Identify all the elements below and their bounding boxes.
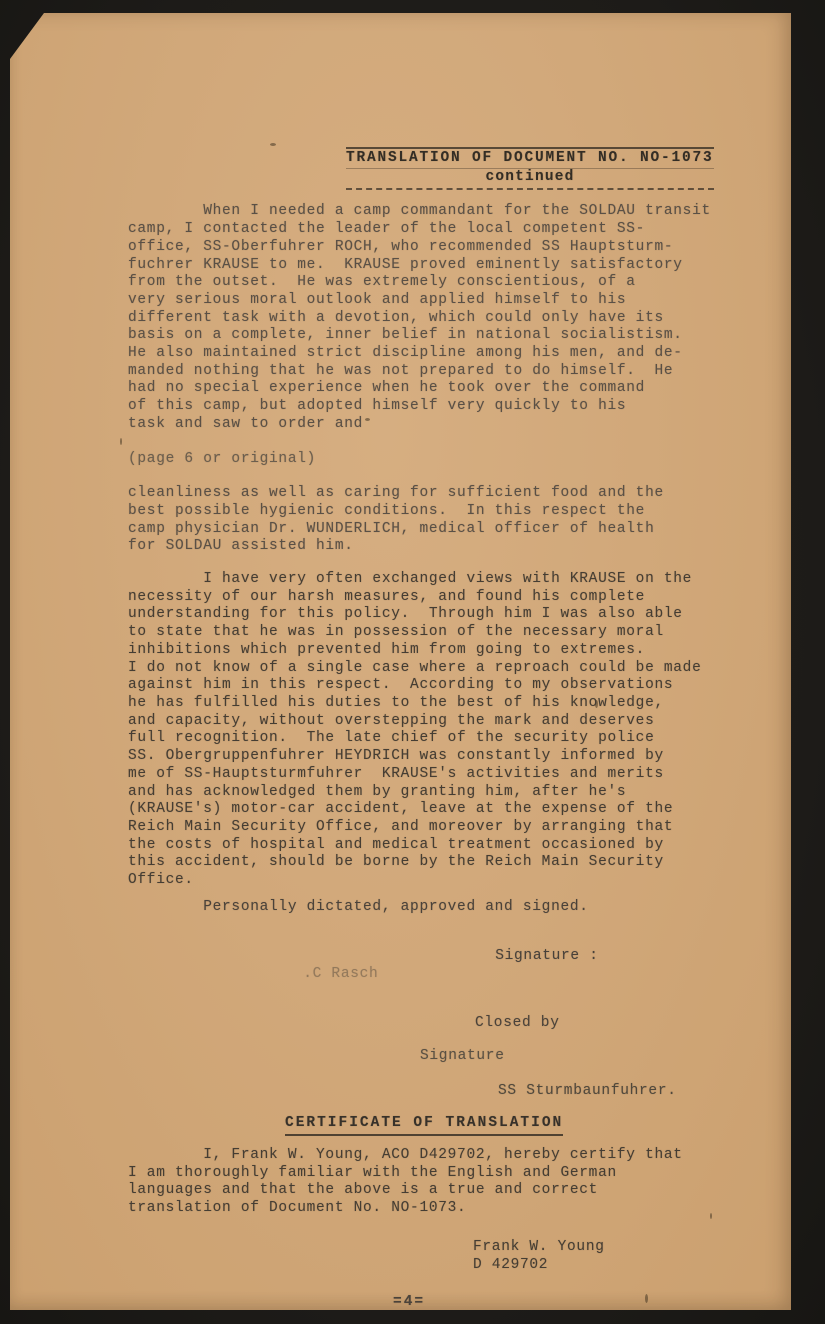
- signature-label: Signature :: [495, 948, 598, 966]
- page-note: (page 6 or original): [128, 451, 748, 469]
- document-title: TRANSLATION OF DOCUMENT NO. NO-1073: [346, 150, 714, 169]
- translator-name: Frank W. Young: [473, 1239, 748, 1257]
- document-page: TRANSLATION OF DOCUMENT NO. NO-1073 cont…: [10, 13, 791, 1310]
- document-header: TRANSLATION OF DOCUMENT NO. NO-1073 cont…: [346, 147, 714, 190]
- signature-name: .C Rasch: [303, 966, 378, 984]
- paragraph: I have very often exchanged views with K…: [128, 571, 748, 890]
- certificate-heading: CERTIFICATE OF TRANSLATION: [285, 1115, 563, 1136]
- rank-line: SS Sturmbaunfuhrer.: [498, 1083, 748, 1101]
- page-number: =4=: [393, 1294, 748, 1312]
- closing-statement: Personally dictated, approved and signed…: [128, 899, 748, 917]
- scan-background: TRANSLATION OF DOCUMENT NO. NO-1073 cont…: [0, 0, 825, 1324]
- certificate-body: I, Frank W. Young, ACO D429702, hereby c…: [128, 1147, 748, 1218]
- paragraph: When I needed a camp commandant for the …: [128, 203, 748, 433]
- document-text-column: TRANSLATION OF DOCUMENT NO. NO-1073 cont…: [128, 13, 748, 1312]
- translator-id: D 429702: [473, 1257, 748, 1275]
- paragraph: cleanliness as well as caring for suffic…: [128, 485, 748, 556]
- signature-label-2: Signature: [420, 1048, 748, 1066]
- document-subtitle: continued: [346, 169, 714, 187]
- signature-row: Signature : .C Rasch: [128, 930, 748, 1001]
- paper-speck: [120, 438, 122, 445]
- closed-by-label: Closed by: [475, 1015, 748, 1033]
